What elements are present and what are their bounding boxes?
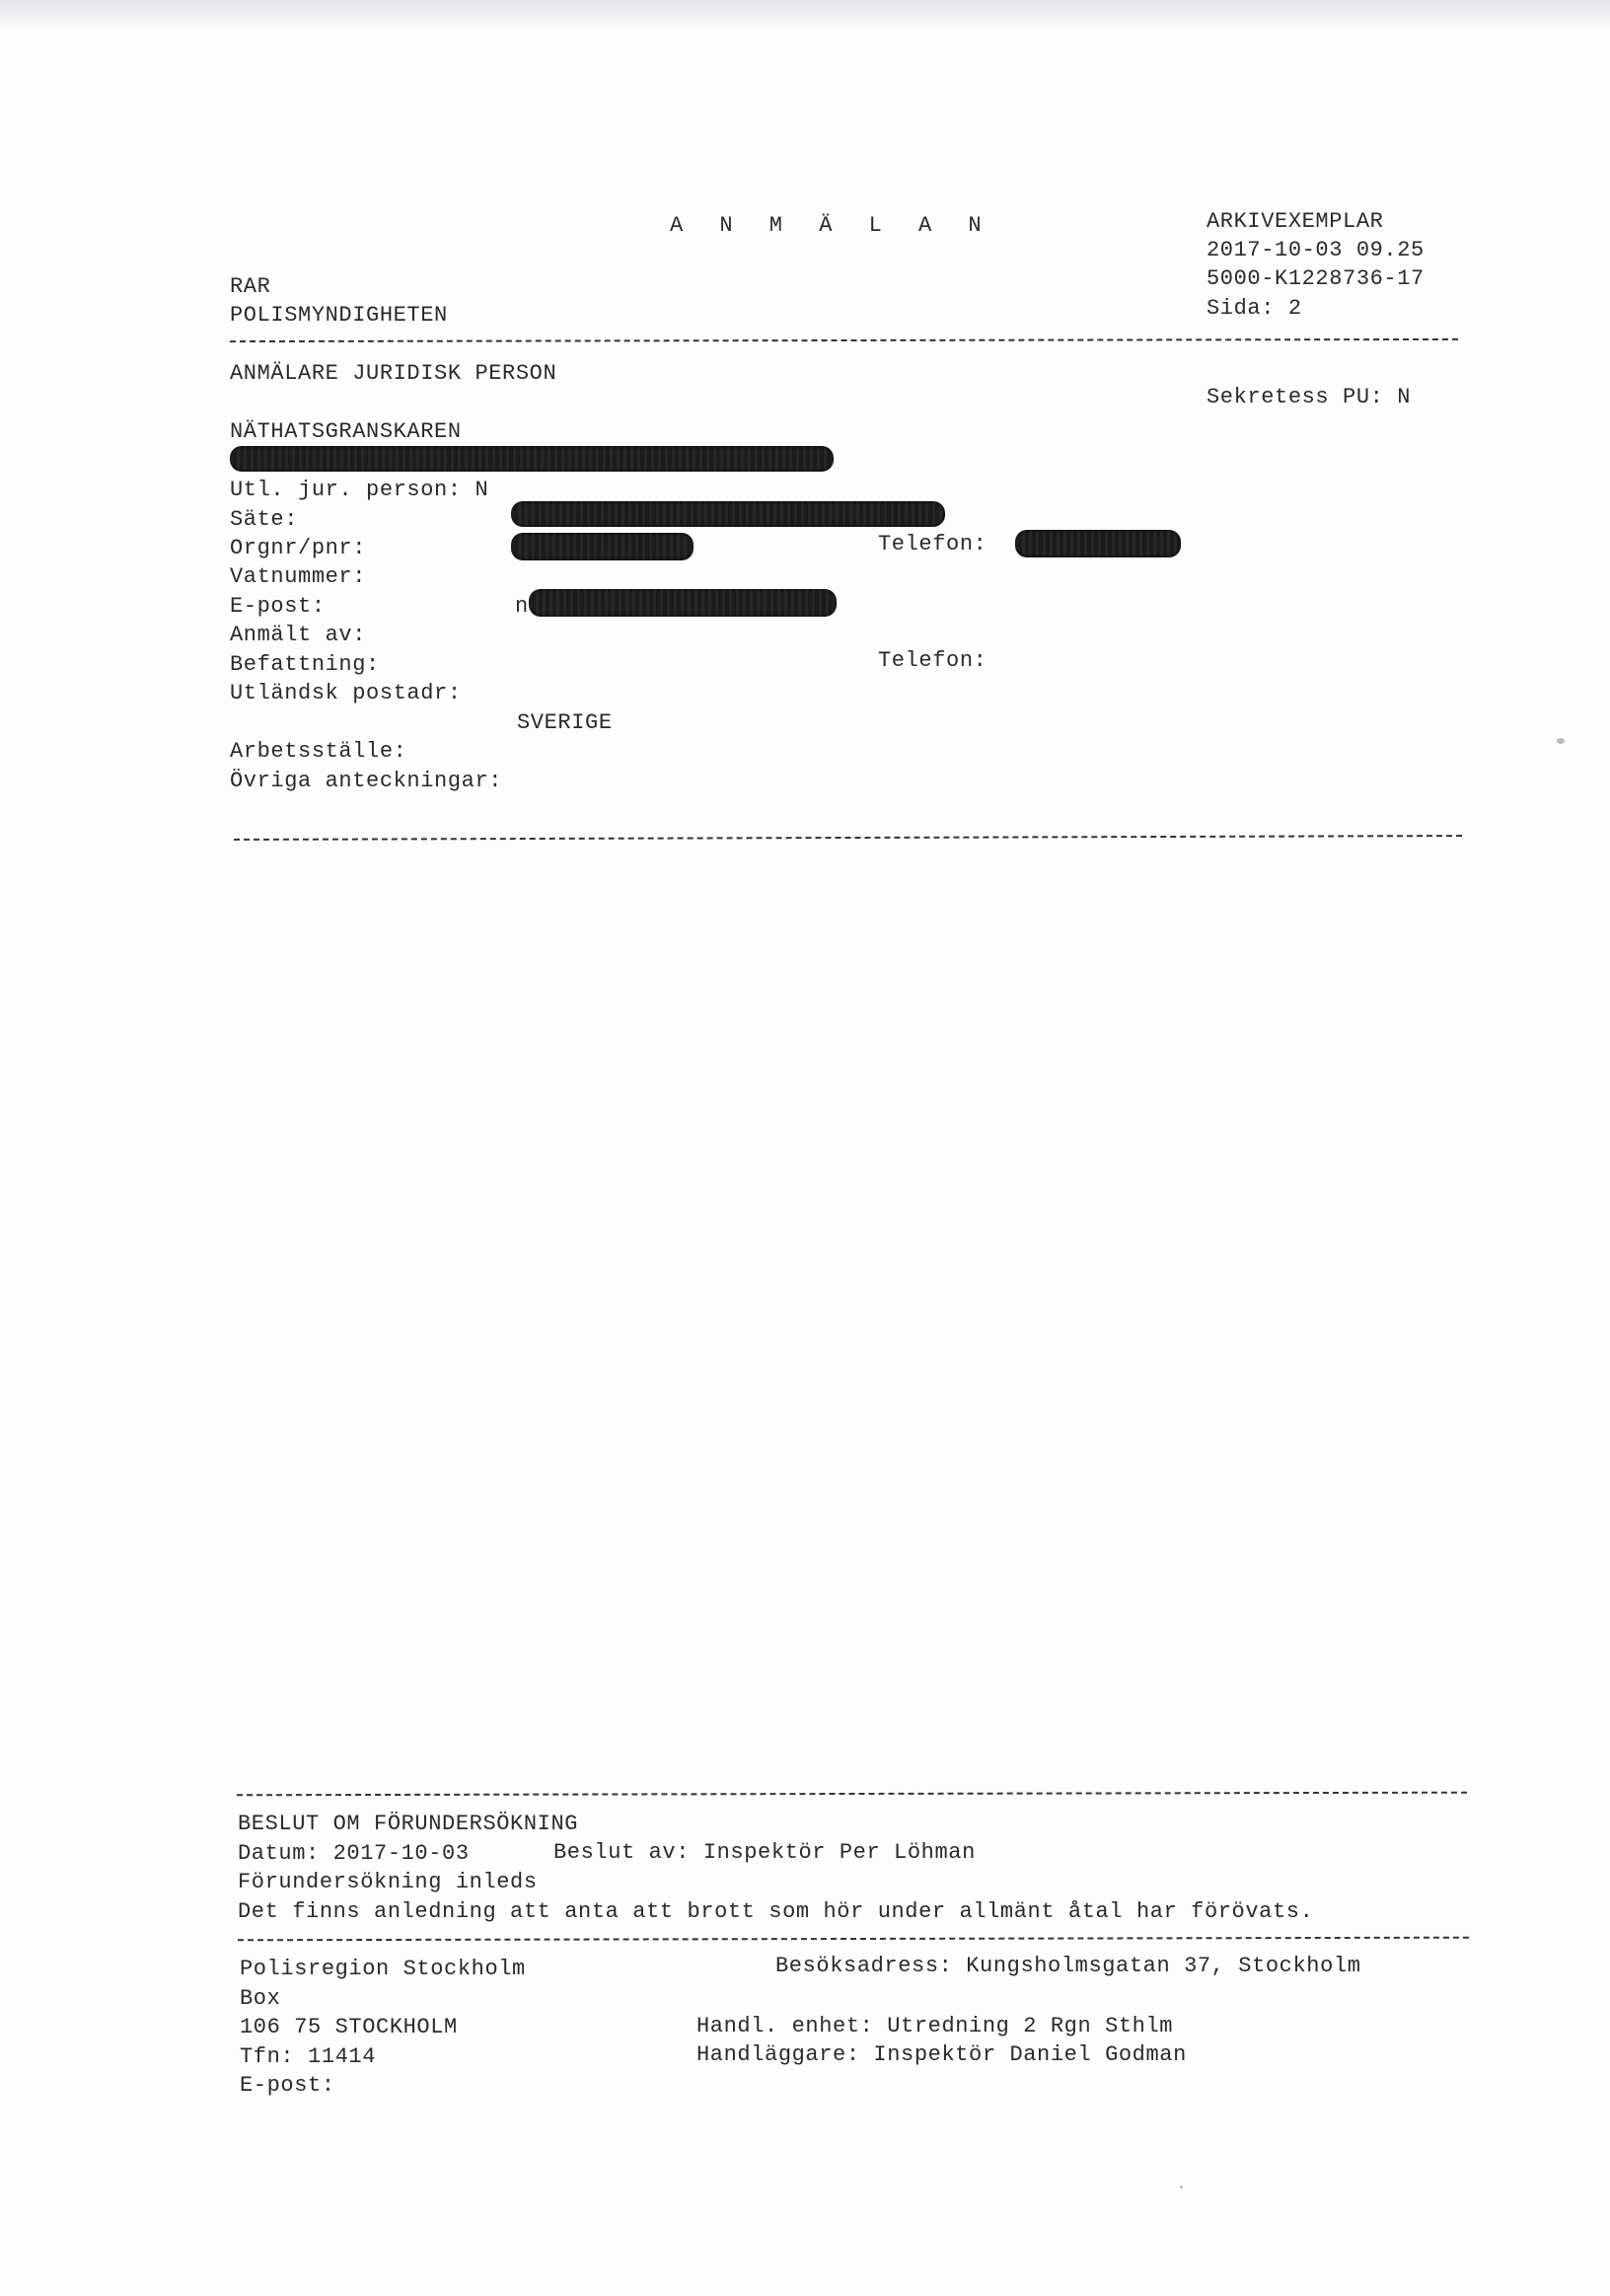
footer-postal: 106 75 STOCKHOLM — [240, 2015, 458, 2040]
redaction-bar — [230, 446, 834, 472]
decision-status: Förundersökning inleds — [238, 1870, 538, 1895]
field-other-notes: Övriga anteckningar: — [230, 769, 502, 794]
field-phone-2: Telefon: — [878, 648, 987, 674]
page-number: Sida: 2 — [1207, 296, 1302, 322]
field-org-number: Orgnr/pnr: — [230, 536, 366, 561]
field-position: Befattning: — [230, 652, 380, 678]
org-line-1: RAR — [230, 274, 270, 300]
footer-handler: Handläggare: Inspektör Daniel Godman — [696, 2042, 1187, 2068]
separator — [230, 338, 1458, 342]
field-seat: Säte: — [230, 507, 298, 533]
case-number: 5000-K1228736-17 — [1207, 266, 1425, 292]
timestamp: 2017-10-03 09.25 — [1207, 238, 1425, 263]
field-foreign-address: Utländsk postadr: — [230, 681, 462, 706]
document-title: A N M Ä L A N — [670, 213, 993, 239]
decision-by: Beslut av: Inspektör Per Löhman — [553, 1840, 976, 1866]
field-email: E-post: — [230, 594, 326, 620]
footer-email: E-post: — [240, 2073, 335, 2099]
section-title: ANMÄLARE JURIDISK PERSON — [230, 361, 556, 387]
redaction-bar — [511, 533, 694, 560]
secrecy-flag: Sekretess PU: N — [1207, 385, 1411, 410]
decision-title: BESLUT OM FÖRUNDERSÖKNING — [238, 1812, 578, 1837]
reporter-name: NÄTHATSGRANSKAREN — [230, 419, 462, 445]
separator — [237, 1792, 1467, 1797]
org-line-2: POLISMYNDIGHETEN — [230, 303, 448, 329]
field-phone-1: Telefon: — [878, 532, 987, 557]
separator — [238, 1937, 1469, 1942]
field-workplace: Arbetsställe: — [230, 739, 406, 765]
field-foreign-legal-person: Utl. jur. person: N — [230, 478, 488, 503]
redaction-bar — [511, 501, 945, 527]
email-visible-prefix: n — [515, 594, 529, 620]
scan-speck — [1180, 2185, 1183, 2188]
scan-speck — [1557, 738, 1565, 744]
archive-label: ARKIVEXEMPLAR — [1207, 209, 1383, 235]
field-vat-number: Vatnummer: — [230, 564, 366, 590]
redaction-bar — [529, 589, 837, 617]
scan-edge — [0, 0, 1610, 32]
footer-phone: Tfn: 11414 — [240, 2044, 376, 2070]
field-reported-by: Anmält av: — [230, 623, 366, 648]
field-country: SVERIGE — [517, 710, 613, 736]
decision-reason: Det finns anledning att anta att brott s… — [238, 1899, 1313, 1925]
separator — [234, 835, 1462, 841]
footer-visiting-address: Besöksadress: Kungsholmsgatan 37, Stockh… — [775, 1954, 1361, 1979]
footer-region: Polisregion Stockholm — [240, 1957, 526, 1982]
redaction-bar — [1015, 530, 1181, 557]
footer-box: Box — [240, 1986, 280, 2012]
decision-date: Datum: 2017-10-03 — [238, 1841, 470, 1867]
footer-unit: Handl. enhet: Utredning 2 Rgn Sthlm — [696, 2014, 1173, 2039]
